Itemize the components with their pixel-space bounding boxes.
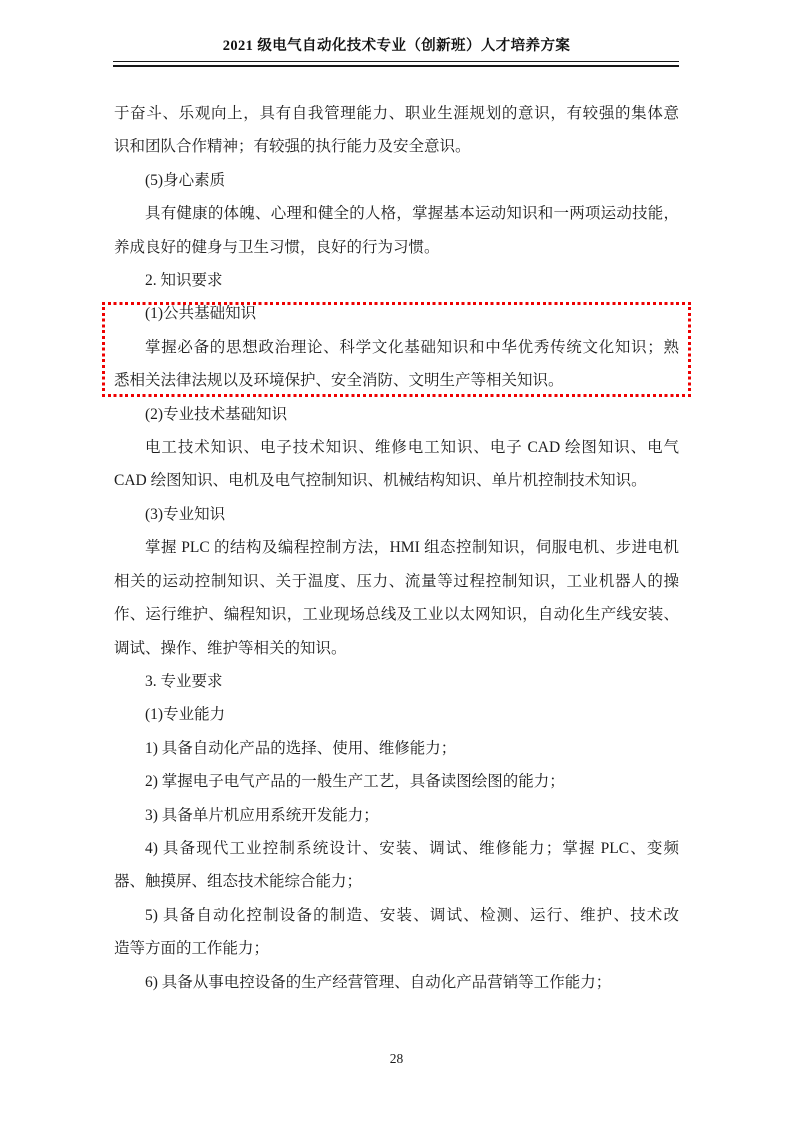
- text-line: 电工技术知识、电子技术知识、维修电工知识、电子 CAD 绘图知识、电气: [114, 431, 679, 464]
- text-line: 相关的运动控制知识、关于温度、压力、流量等过程控制知识，工业机器人的操: [114, 565, 679, 598]
- text-line: 掌握必备的思想政治理论、科学文化基础知识和中华优秀传统文化知识；熟: [114, 331, 679, 364]
- text-line: (3)专业知识: [114, 498, 679, 531]
- text-line: (5)身心素质: [114, 164, 679, 197]
- text-line: 养成良好的健身与卫生习惯，良好的行为习惯。: [114, 231, 679, 264]
- highlight-border-right: [688, 302, 691, 397]
- text-line: 调试、操作、维护等相关的知识。: [114, 632, 679, 665]
- text-line: 6) 具备从事电控设备的生产经营管理、自动化产品营销等工作能力；: [114, 966, 679, 999]
- text-line: 识和团队合作精神；有较强的执行能力及安全意识。: [114, 130, 679, 163]
- document-body: 于奋斗、乐观向上，具有自我管理能力、职业生涯规划的意识，有较强的集体意识和团队合…: [114, 97, 679, 999]
- header-divider: [113, 61, 679, 67]
- text-line: 4) 具备现代工业控制系统设计、安装、调试、维修能力；掌握 PLC、变频: [114, 832, 679, 865]
- text-line: 器、触摸屏、组态技术能综合能力；: [114, 865, 679, 898]
- text-line: 2. 知识要求: [114, 264, 679, 297]
- text-line: 掌握 PLC 的结构及编程控制方法，HMI 组态控制知识，伺服电机、步进电机: [114, 531, 679, 564]
- text-line: CAD 绘图知识、电机及电气控制知识、机械结构知识、单片机控制技术知识。: [114, 464, 679, 497]
- text-line: 悉相关法律法规以及环境保护、安全消防、文明生产等相关知识。: [114, 364, 679, 397]
- text-line: (1)专业能力: [114, 698, 679, 731]
- text-line: (1)公共基础知识: [114, 297, 679, 330]
- page-number: 28: [113, 1051, 680, 1067]
- text-line: 造等方面的工作能力；: [114, 932, 679, 965]
- text-line: 于奋斗、乐观向上，具有自我管理能力、职业生涯规划的意识，有较强的集体意: [114, 97, 679, 130]
- text-line: 1) 具备自动化产品的选择、使用、维修能力；: [114, 732, 679, 765]
- text-line: (2)专业技术基础知识: [114, 398, 679, 431]
- document-page: 2021 级电气自动化技术专业（创新班）人才培养方案 于奋斗、乐观向上，具有自我…: [0, 0, 793, 1122]
- highlight-border-left: [102, 302, 105, 397]
- text-line: 3) 具备单片机应用系统开发能力；: [114, 799, 679, 832]
- text-line: 2) 掌握电子电气产品的一般生产工艺，具备读图绘图的能力；: [114, 765, 679, 798]
- page-title: 2021 级电气自动化技术专业（创新班）人才培养方案: [113, 34, 680, 55]
- text-line: 5) 具备自动化控制设备的制造、安装、调试、检测、运行、维护、技术改: [114, 899, 679, 932]
- text-line: 具有健康的体魄、心理和健全的人格，掌握基本运动知识和一两项运动技能，: [114, 197, 679, 230]
- text-line: 作、运行维护、编程知识，工业现场总线及工业以太网知识，自动化生产线安装、: [114, 598, 679, 631]
- text-line: 3. 专业要求: [114, 665, 679, 698]
